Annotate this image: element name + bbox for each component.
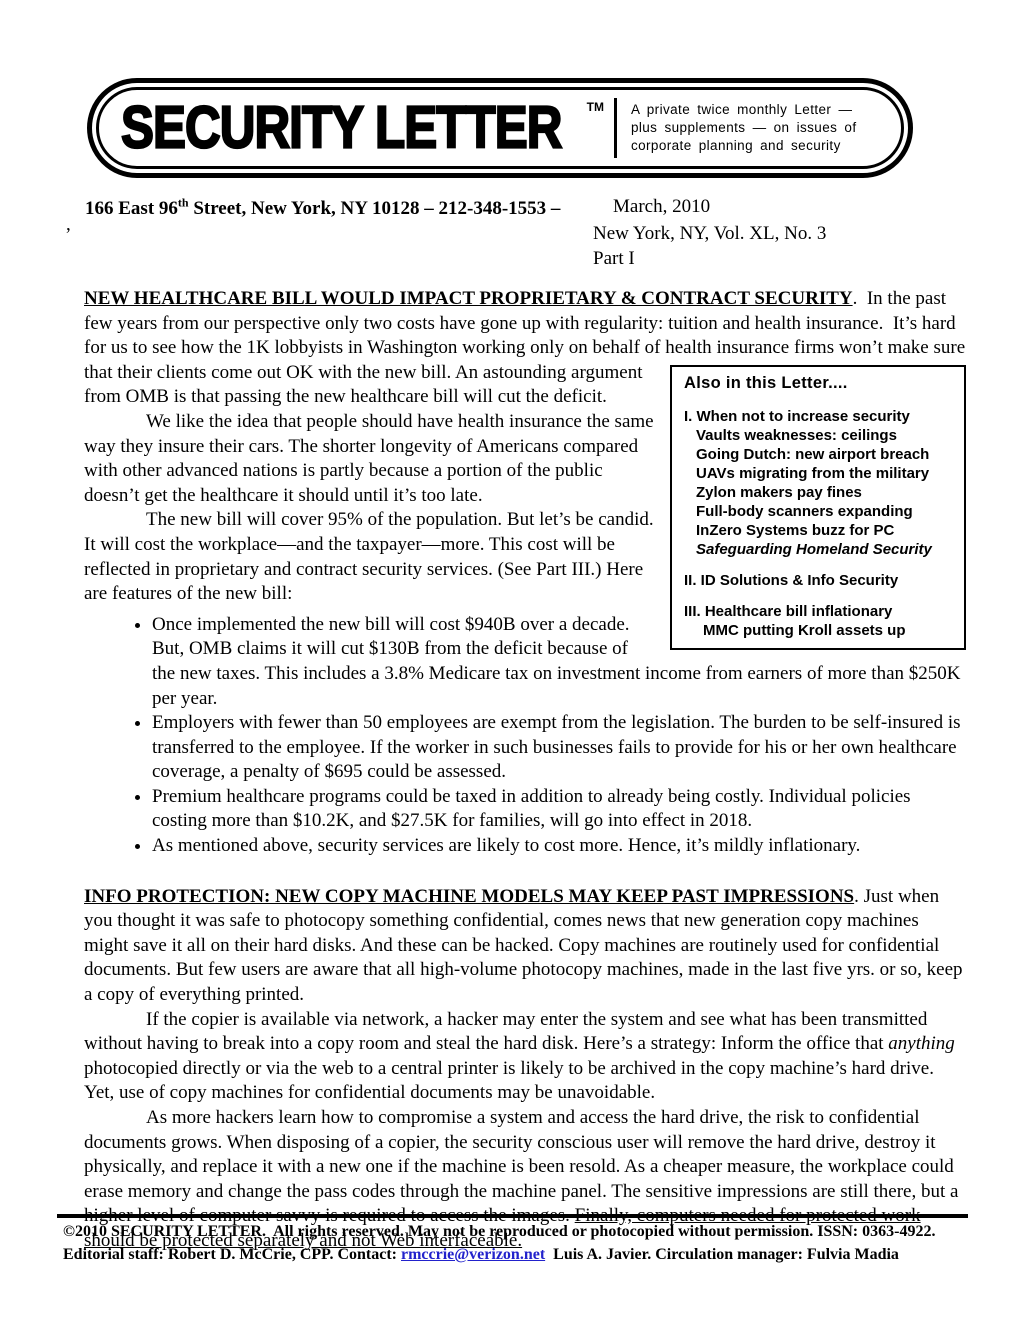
toc-section-3: III. Healthcare bill inflationary: [684, 602, 956, 621]
article2-p2-text-after: photocopied directly or via the web to a…: [84, 1058, 934, 1104]
publisher-address: 166 East 96th Street, New York, NY 10128…: [85, 198, 560, 219]
issue-date: March, 2010: [613, 196, 710, 218]
logo-tagline: A private twice monthly Letter — plus su…: [631, 101, 857, 155]
article2-paragraph-2: If the copier is available via network, …: [84, 1008, 966, 1106]
toc-item-italic: Safeguarding Homeland Security: [684, 540, 956, 559]
toc-section-2: II. ID Solutions & Info Security: [684, 571, 956, 590]
issue-part-line: Part I: [593, 246, 826, 271]
toc-item: MMC putting Kroll assets up: [684, 621, 956, 640]
masthead-address-line: 166 East 96th Street, New York, NY 10128…: [85, 196, 965, 220]
footer-divider-rule: [57, 1214, 968, 1218]
logo-wordmark: SECURITY LETTER: [121, 98, 561, 158]
toc-item: Vaults weaknesses: ceilings: [684, 426, 956, 445]
article2-intro-paragraph: INFO PROTECTION: NEW COPY MACHINE MODELS…: [84, 885, 966, 1008]
list-item: Employers with fewer than 50 employees a…: [152, 711, 966, 785]
letter-box-title: Also in this Letter....: [684, 374, 956, 393]
tagline-line: A private twice monthly Letter —: [631, 101, 857, 119]
toc-item: Going Dutch: new airport breach: [684, 445, 956, 464]
tagline-line: corporate planning and security: [631, 137, 857, 155]
trademark-symbol: TM: [587, 100, 604, 114]
logo-inner-frame: SECURITY LETTER TM A private twice month…: [96, 87, 904, 169]
toc-item: Zylon makers pay fines: [684, 483, 956, 502]
article1-intro-paragraph: NEW HEALTHCARE BILL WOULD IMPACT PROPRIE…: [84, 287, 966, 410]
footer: ©2010 SECURITY LETTER. All rights reserv…: [63, 1220, 968, 1266]
stray-comma: ,: [66, 214, 71, 236]
editorial-line: Editorial staff: Robert D. McCrie, CPP. …: [63, 1243, 968, 1266]
issue-info-block: New York, NY, Vol. XL, No. 3 Part I: [593, 221, 826, 271]
article2-headline: INFO PROTECTION: NEW COPY MACHINE MODELS…: [84, 886, 854, 907]
newsletter-page: { "colors": { "text": "#000000", "backgr…: [0, 0, 1020, 1320]
list-item: Premium healthcare programs could be tax…: [152, 785, 966, 834]
article2-p2-text: If the copier is available via network, …: [84, 1009, 927, 1055]
ordinal-suffix: th: [178, 196, 189, 210]
toc-item: UAVs migrating from the military: [684, 464, 956, 483]
issue-volume-line: New York, NY, Vol. XL, No. 3: [593, 221, 826, 246]
copyright-line: ©2010 SECURITY LETTER. All rights reserv…: [63, 1220, 968, 1243]
article1-headline: NEW HEALTHCARE BILL WOULD IMPACT PROPRIE…: [84, 288, 853, 309]
toc-section-1: I. When not to increase security: [684, 407, 956, 426]
contact-email-link[interactable]: rmccrie@verizon.net: [401, 1246, 545, 1263]
also-in-this-letter-box: Also in this Letter....I. When not to in…: [670, 365, 966, 650]
security-letter-logo: SECURITY LETTER TM A private twice month…: [87, 78, 913, 178]
toc-item: Full-body scanners expanding: [684, 502, 956, 521]
newsletter-body: NEW HEALTHCARE BILL WOULD IMPACT PROPRIE…: [84, 287, 966, 1254]
emphasized-word: anything: [888, 1033, 955, 1054]
logo-divider: [614, 98, 617, 158]
circulation-text: Luis A. Javier. Circulation manager: Ful…: [545, 1246, 899, 1263]
editorial-text: Editorial staff: Robert D. McCrie, CPP. …: [63, 1246, 401, 1263]
toc-item: InZero Systems buzz for PC: [684, 521, 956, 540]
tagline-line: plus supplements — on issues of: [631, 119, 857, 137]
list-item: As mentioned above, security services ar…: [152, 834, 966, 859]
